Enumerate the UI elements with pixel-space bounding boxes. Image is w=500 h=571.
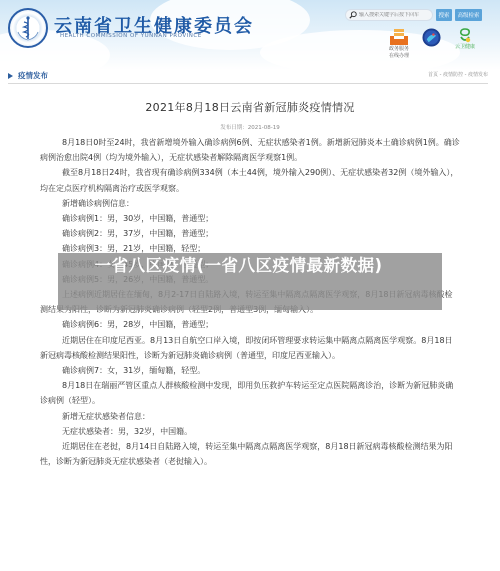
case-item: 确诊病例6：男，28岁，中国籍，普通型； bbox=[40, 317, 460, 332]
paragraph-case-7-detail: 8月18日在瑞丽严管区重点人群核酸检测中发现，即用负压救护车转运至定点医院隔离诊… bbox=[40, 378, 460, 408]
yunnan-health-label: 云卫健康 bbox=[455, 44, 475, 51]
health-commission-emblem-icon[interactable] bbox=[8, 8, 48, 48]
publish-date: 发布日期：2021-08-19 bbox=[0, 123, 500, 131]
online-service-label-2: 在线办理 bbox=[389, 53, 409, 60]
article-title: 2021年8月18日云南省新冠肺炎疫情情况 bbox=[0, 99, 500, 115]
online-service-link[interactable]: 政务服务 在线办理 bbox=[387, 28, 411, 60]
caption-overlay-text: 一省八区疫情(一省八区疫情最新数据) bbox=[66, 255, 411, 277]
breadcrumb-epidemic-release[interactable]: 疫情发布 bbox=[468, 72, 488, 78]
section-title[interactable]: 疫情发布 bbox=[18, 70, 48, 81]
paragraph-asymptomatic-detail: 近期居住在老挝，8月14日自陆路入境，转运至集中隔离点隔离医学观察，8月18日新… bbox=[40, 439, 460, 469]
paragraph-totals: 截至8月18日24时，我省现有确诊病例334例（本土44例，境外输入290例）、… bbox=[40, 165, 460, 195]
search-icon bbox=[349, 11, 357, 19]
caption-overlay-banner: 一省八区疫情(一省八区疫情最新数据) bbox=[58, 253, 442, 310]
online-service-icon bbox=[389, 28, 409, 46]
case-item: 确诊病例7：女，31岁，缅甸籍，轻型。 bbox=[40, 363, 460, 378]
yunnan-health-logo-icon bbox=[458, 28, 472, 44]
asymptomatic-item: 无症状感染者：男，32岁，中国籍。 bbox=[40, 424, 460, 439]
case-item: 确诊病例2：男，37岁，中国籍，普通型； bbox=[40, 226, 460, 241]
emblem-badge-link[interactable] bbox=[421, 28, 441, 47]
online-service-label-1: 政务服务 bbox=[389, 46, 409, 53]
yunnan-health-link[interactable]: 云卫健康 bbox=[452, 28, 478, 51]
paragraph-case-6-detail: 近期居住在印度尼西亚。8月13日自航空口岸入境，即按闭环管理要求转运集中隔离点隔… bbox=[40, 333, 460, 363]
search-input[interactable] bbox=[359, 12, 432, 18]
paragraph-new-cases-heading: 新增确诊病例信息： bbox=[40, 196, 460, 211]
site-header: 云南省卫生健康委员会 HEALTH COMMISSION OF YUNNAN P… bbox=[0, 0, 500, 70]
triangle-right-icon bbox=[8, 73, 13, 79]
breadcrumb-epidemic-control[interactable]: 疫情防控 bbox=[443, 72, 463, 78]
caduceus-icon bbox=[14, 14, 42, 42]
section-nav-bar: 疫情发布 首页 - 疫情防控 - 疫情发布 bbox=[8, 68, 488, 84]
search-button[interactable]: 搜索 bbox=[436, 9, 452, 21]
advanced-search-button[interactable]: 高级检索 bbox=[455, 9, 482, 21]
search-box bbox=[345, 9, 433, 21]
breadcrumb-home[interactable]: 首页 bbox=[428, 72, 438, 78]
emblem-badge-icon bbox=[422, 28, 441, 47]
paragraph-summary: 8月18日0时至24时，我省新增境外输入确诊病例6例、无症状感染者1例。新增新冠… bbox=[40, 135, 460, 165]
org-name-english: HEALTH COMMISSION OF YUNNAN PROVINCE bbox=[60, 33, 202, 39]
breadcrumb: 首页 - 疫情防控 - 疫情发布 bbox=[428, 71, 488, 78]
paragraph-asymptomatic-heading: 新增无症状感染者信息： bbox=[40, 409, 460, 424]
case-item: 确诊病例1：男，30岁，中国籍，普通型； bbox=[40, 211, 460, 226]
